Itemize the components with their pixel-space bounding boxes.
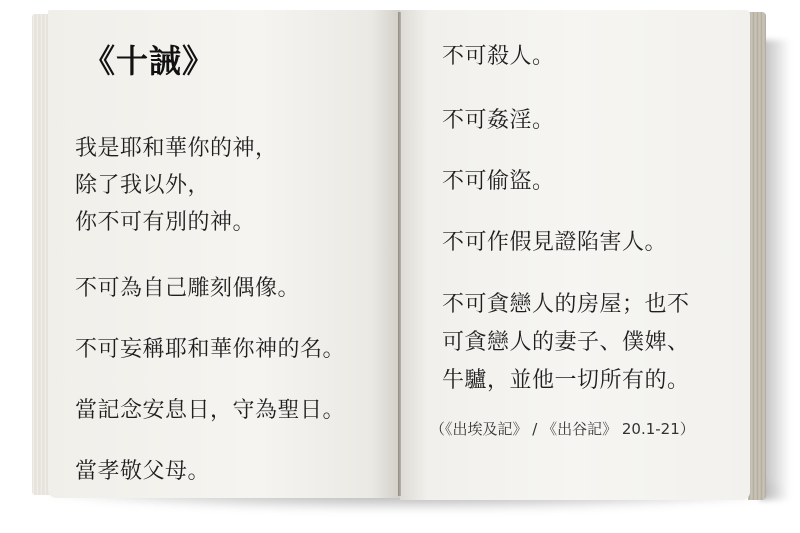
commandment-line: 當記念安息日，守為聖日。	[75, 396, 345, 426]
commandment-line: 不可為自己雕刻偶像。	[75, 274, 300, 304]
page-title: 《十誡》	[83, 46, 215, 76]
commandment-line: 我是耶和華你的神，	[75, 134, 278, 164]
left-page: 《十誡》 我是耶和華你的神， 除了我以外， 你不可有別的神。 不可為自己雕刻偶像…	[48, 10, 400, 498]
commandment-line: 不可姦淫。	[442, 106, 555, 136]
book-spine	[398, 12, 401, 496]
commandment-line: 不可殺人。	[442, 42, 555, 72]
commandment-line: 不可貪戀人的房屋；也不	[442, 290, 690, 320]
page-stack-right	[748, 12, 766, 500]
commandment-line: 你不可有別的神。	[75, 208, 255, 238]
commandment-line: 可貪戀人的妻子、僕婢、	[442, 328, 690, 358]
commandment-line: 不可妄稱耶和華你神的名。	[75, 335, 345, 365]
commandment-line: 當孝敬父母。	[75, 457, 210, 487]
open-book: 《十誡》 我是耶和華你的神， 除了我以外， 你不可有別的神。 不可為自己雕刻偶像…	[0, 0, 800, 533]
right-page: 不可殺人。 不可姦淫。 不可偷盜。 不可作假見證陷害人。 不可貪戀人的房屋；也不…	[400, 10, 750, 500]
commandment-line: 除了我以外，	[75, 171, 210, 201]
commandment-line: 牛驢，並他一切所有的。	[442, 366, 690, 396]
commandment-line: 不可作假見證陷害人。	[442, 228, 667, 258]
commandment-line: 不可偷盜。	[442, 167, 555, 197]
scripture-reference: （《出埃及記》 / 《出谷記》 20.1-21）	[430, 414, 695, 444]
